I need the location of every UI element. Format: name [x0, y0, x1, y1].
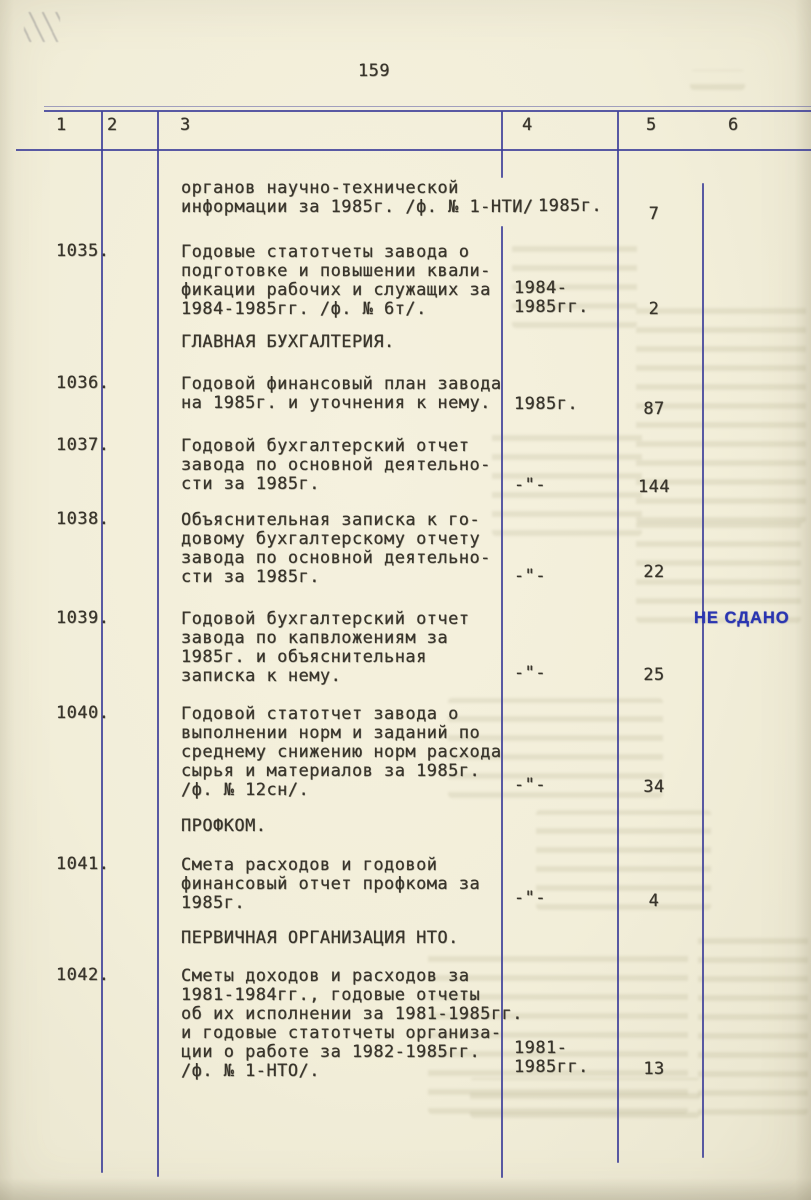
- header-bottom-rule: [16, 149, 811, 151]
- description-cell: Объяснительная записка к го- довому бухг…: [181, 511, 491, 587]
- sheet-count-cell: 144: [628, 478, 680, 497]
- description-cell: органов научно-технической информации за…: [181, 179, 534, 217]
- sheet-count-cell: 13: [628, 1060, 680, 1079]
- column-header-6: 6: [728, 116, 739, 135]
- column-divider-4-5: [617, 111, 619, 1163]
- sheet-count-cell: 25: [628, 666, 680, 685]
- bleedthrough-ghost: [690, 70, 745, 90]
- row-number-cell: 1040.: [56, 704, 109, 723]
- row-number-cell: 1042.: [56, 966, 109, 985]
- bleedthrough-ghost: [470, 1078, 700, 1118]
- column-divider-3-4-upper: [501, 111, 503, 178]
- column-header-2: 2: [107, 116, 118, 135]
- date-cell: 1981- 1985гг.: [514, 1039, 589, 1077]
- pencil-mark: [24, 12, 60, 42]
- table-top-rule: [44, 110, 811, 112]
- section-heading: ПРОФКОМ.: [181, 817, 266, 836]
- date-cell: -"-: [514, 664, 546, 683]
- section-heading: ПЕРВИЧНАЯ ОРГАНИЗАЦИЯ НТО.: [181, 929, 459, 948]
- section-heading: ГЛАВНАЯ БУХГАЛТЕРИЯ.: [181, 333, 395, 352]
- column-header-1: 1: [56, 116, 67, 135]
- column-divider-2-3: [157, 111, 159, 1177]
- sheet-count-cell: 87: [628, 400, 680, 419]
- description-cell: Смета расходов и годовой финансовый отче…: [181, 856, 480, 913]
- row-number-cell: 1041.: [56, 855, 109, 874]
- row-number-cell: 1039.: [56, 609, 109, 628]
- page-number: 159: [358, 62, 390, 81]
- date-cell: 1984- 1985гг.: [514, 279, 589, 317]
- date-cell: 1985г.: [514, 395, 578, 414]
- column-header-3: 3: [180, 116, 191, 135]
- scanned-archive-inventory-page: 159 1 2 3 4 5 6 органов научно-техническ…: [0, 0, 811, 1200]
- description-cell: Годовые статотчеты завода о подготовке и…: [181, 243, 491, 319]
- bleedthrough-ghost: [698, 935, 808, 1115]
- ne-sdano-stamp: НЕ СДАНО: [694, 609, 790, 628]
- row-number-cell: 1036.: [56, 374, 109, 393]
- description-cell: Годовой статотчет завода о выполнении но…: [181, 705, 502, 800]
- bleedthrough-ghost: [536, 810, 711, 910]
- date-cell: -"-: [514, 476, 546, 495]
- sheet-count-cell: 4: [628, 892, 680, 911]
- row-number-cell: 1035.: [56, 242, 109, 261]
- date-cell: -"-: [514, 776, 546, 795]
- description-cell: Годовой бухгалтерский отчет завода по ка…: [181, 610, 470, 686]
- column-header-5: 5: [646, 116, 657, 135]
- date-cell: -"-: [514, 889, 546, 908]
- sheet-count-cell: 34: [628, 778, 680, 797]
- date-cell: 1985г.: [538, 197, 602, 216]
- sheet-count-cell: 7: [628, 205, 680, 224]
- table-top-rule-outer: [44, 106, 811, 107]
- sheet-count-cell: 2: [628, 300, 680, 319]
- date-cell: -"-: [514, 567, 546, 586]
- description-cell: Сметы доходов и расходов за 1981-1984гг.…: [181, 967, 523, 1081]
- sheet-count-cell: 22: [628, 563, 680, 582]
- column-header-4: 4: [522, 116, 533, 135]
- description-cell: Годовой бухгалтерский отчет завода по ос…: [181, 437, 491, 494]
- description-cell: Годовой финансовый план завода на 1985г.…: [181, 375, 502, 413]
- row-number-cell: 1037.: [56, 436, 109, 455]
- column-divider-5-6: [702, 183, 704, 1158]
- row-number-cell: 1038.: [56, 510, 109, 529]
- column-divider-1-2: [101, 111, 103, 1173]
